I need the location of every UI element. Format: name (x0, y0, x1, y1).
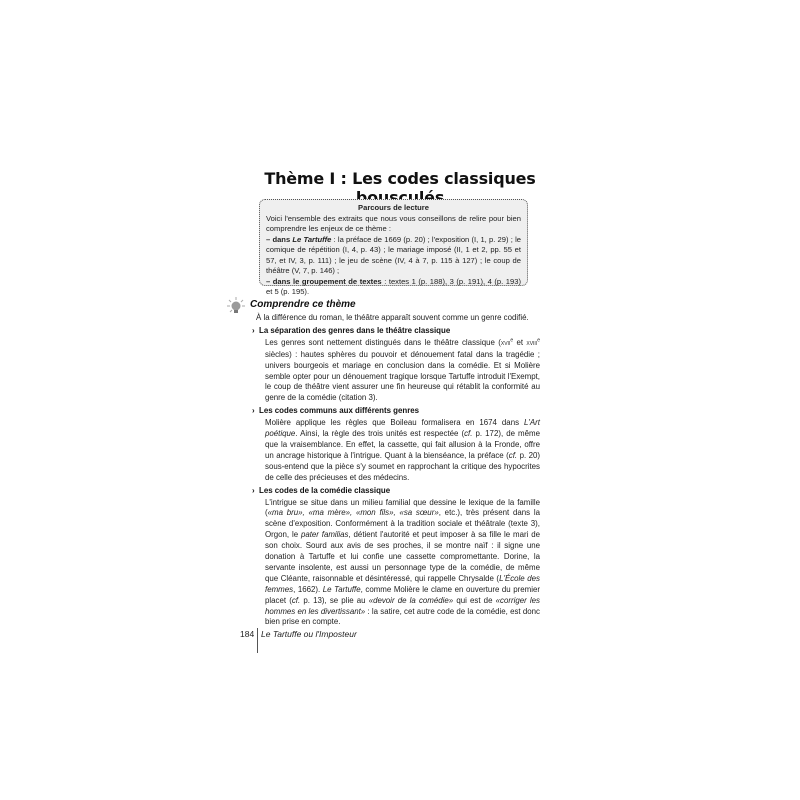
page-footer: 184 Le Tartuffe ou l'Imposteur (225, 626, 425, 652)
book-title: Le Tartuffe ou l'Imposteur (261, 629, 357, 639)
subsection-body: L'intrigue se situe dans un milieu famil… (265, 498, 540, 629)
chevron-right-icon: › (252, 406, 255, 417)
chevron-right-icon: › (252, 326, 255, 337)
subsection-comedy-codes: ›Les codes de la comédie classique L'int… (252, 486, 540, 629)
reading-box-intro: Voici l'ensemble des extraits que nous v… (266, 214, 521, 235)
item-label: – dans le groupement de textes (266, 277, 382, 286)
footer-divider (257, 628, 258, 653)
page-number: 184 (240, 629, 254, 639)
subsection-title: ›Les codes communs aux différents genres (252, 406, 540, 417)
reading-box-title: Parcours de lecture (266, 203, 521, 214)
section-content: À la différence du roman, le théâtre app… (252, 313, 540, 630)
item-label: – dans (266, 235, 292, 244)
reading-box-item-play: – dans Le Tartuffe : la préface de 1669 … (266, 235, 521, 277)
chevron-right-icon: › (252, 486, 255, 497)
subsection-common-codes: ›Les codes communs aux différents genres… (252, 406, 540, 483)
reading-path-box: Parcours de lecture Voici l'ensemble des… (259, 199, 528, 286)
subsection-body: Molière applique les règles que Boileau … (265, 418, 540, 483)
subsection-title: ›La séparation des genres dans le théâtr… (252, 326, 540, 337)
subsection-genre-separation: ›La séparation des genres dans le théâtr… (252, 326, 540, 404)
subsection-title: ›Les codes de la comédie classique (252, 486, 540, 497)
section-title: Comprendre ce thème (250, 299, 356, 313)
section-intro: À la différence du roman, le théâtre app… (256, 313, 540, 324)
book-page: Thème I : Les codes classiques bousculés… (0, 0, 800, 800)
reading-box-item-group: – dans le groupement de textes : textes … (266, 277, 521, 298)
item-work: Le Tartuffe (292, 235, 331, 244)
lightbulb-icon (226, 296, 246, 316)
subsection-body: Les genres sont nettement distingués dan… (265, 338, 540, 404)
